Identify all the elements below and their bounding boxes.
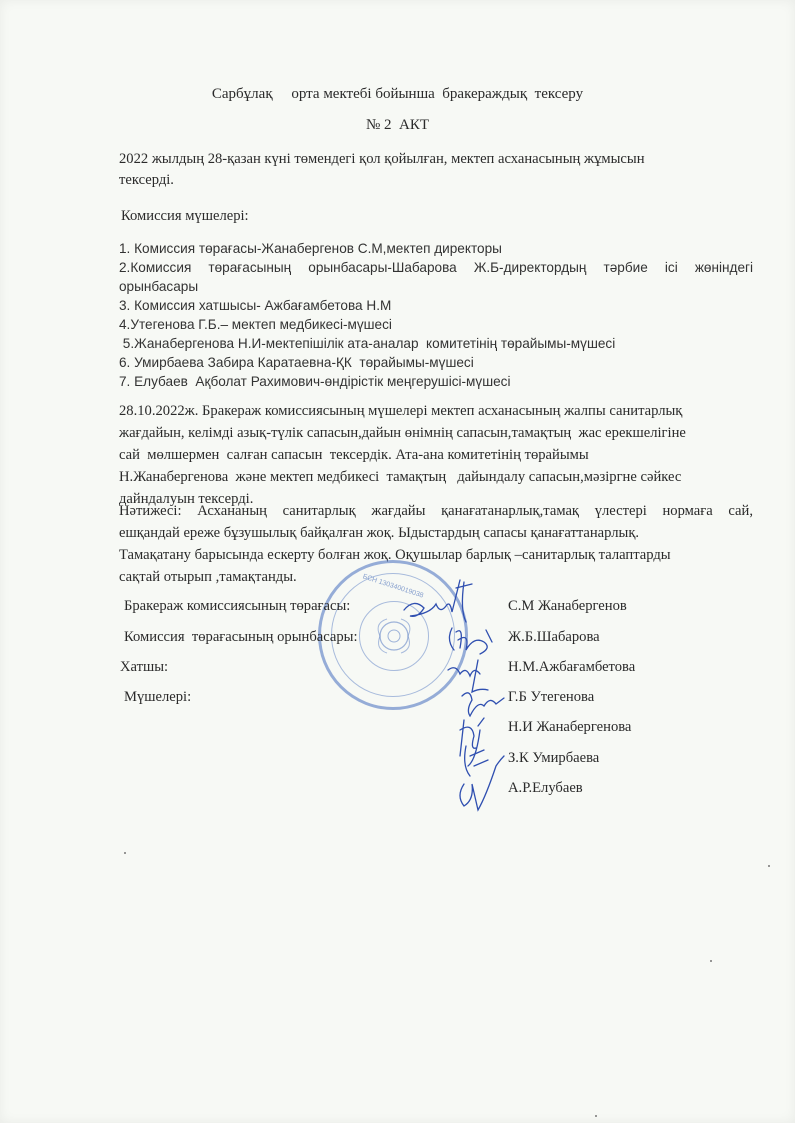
act-number: № 2 АКТ — [0, 117, 795, 134]
paragraph-line: Н.Жанабергенова және мектеп медбикесі та… — [119, 466, 753, 488]
members-list: 1. Комиссия төрағасы-Жанабергенов С.М,ме… — [119, 239, 753, 391]
member-item: 5.Жанабергенова Н.И-мектепішілік ата-ана… — [119, 334, 753, 353]
signature-label: Бракераж комиссиясының төрағасы: — [124, 598, 350, 615]
document-title: Сарбұлақ орта мектебі бойынша бракеражды… — [0, 86, 795, 103]
signature-name: Н.И Жанабергенова — [508, 719, 631, 736]
intro-line: 2022 жылдың 28-қазан күні төмендегі қол … — [119, 149, 753, 170]
signature-name: З.К Умирбаева — [508, 750, 599, 767]
signature-row: Бракераж комиссиясының төрағасы: С.М Жан… — [0, 598, 795, 620]
member-item: 7. Елубаев Ақболат Рахимович-өндірістік … — [119, 372, 753, 391]
member-item: 4.Утегенова Г.Б.– мектеп медбикесі-мүшес… — [119, 315, 753, 334]
signature-name: Г.Б Утегенова — [508, 689, 594, 706]
signature-row: Комиссия төрағасының орынбасары: Ж.Б.Шаб… — [0, 629, 795, 651]
signature-row: Хатшы: Н.М.Ажбағамбетова — [0, 659, 795, 681]
scan-speck — [595, 1115, 597, 1117]
member-item: 1. Комиссия төрағасы-Жанабергенов С.М,ме… — [119, 239, 753, 258]
paragraph-line: Нәтижесі: Асхананың санитарлық жағдайы қ… — [119, 500, 753, 522]
member-item: 3. Комиссия хатшысы- Ажбағамбетова Н.М — [119, 296, 753, 315]
signature-row: З.К Умирбаева — [0, 750, 795, 772]
signature-label: Хатшы: — [120, 659, 168, 676]
paragraph-line: 28.10.2022ж. Бракераж комиссиясының мүше… — [119, 400, 753, 422]
members-heading: Комиссия мүшелері: — [121, 206, 755, 227]
signature-label: Мүшелері: — [124, 689, 191, 706]
signature-name: С.М Жанабергенов — [508, 598, 627, 615]
member-item-continuation: орынбасары — [119, 277, 753, 296]
stamp-bin-text: БСН 130340019038 — [362, 573, 424, 599]
member-item: 2.Комиссия төрағасының орынбасары-Шабаро… — [119, 258, 753, 277]
paragraph-line: Тамақатану барысында ескерту болған жоқ.… — [119, 544, 753, 566]
signature-name: А.Р.Елубаев — [508, 780, 583, 797]
paragraph-line: сай мөлшермен салған сапасын тексердік. … — [119, 444, 753, 466]
signature-row: Мүшелері: Г.Б Утегенова — [0, 689, 795, 711]
paragraph-line: ешқандай ереже бұзушылық байқалған жоқ. … — [119, 522, 753, 544]
inspection-paragraph: 28.10.2022ж. Бракераж комиссиясының мүше… — [119, 400, 753, 510]
intro-text: 2022 жылдың 28-қазан күні төмендегі қол … — [119, 149, 753, 191]
intro-line: тексерді. — [119, 170, 753, 191]
scan-speck — [768, 865, 770, 867]
signature-name: Н.М.Ажбағамбетова — [508, 659, 635, 676]
signature-name: Ж.Б.Шабарова — [508, 629, 600, 646]
member-item: 6. Умирбаева Забира Каратаевна-ҚК төрайы… — [119, 353, 753, 372]
signature-label: Комиссия төрағасының орынбасары: — [124, 629, 358, 646]
paragraph-line: жағдайын, келімді азық-түлік сапасын,дай… — [119, 422, 753, 444]
signature-row: А.Р.Елубаев — [0, 780, 795, 802]
signature-row: Н.И Жанабергенова — [0, 719, 795, 741]
scan-speck — [710, 960, 712, 962]
scan-speck — [124, 852, 126, 854]
